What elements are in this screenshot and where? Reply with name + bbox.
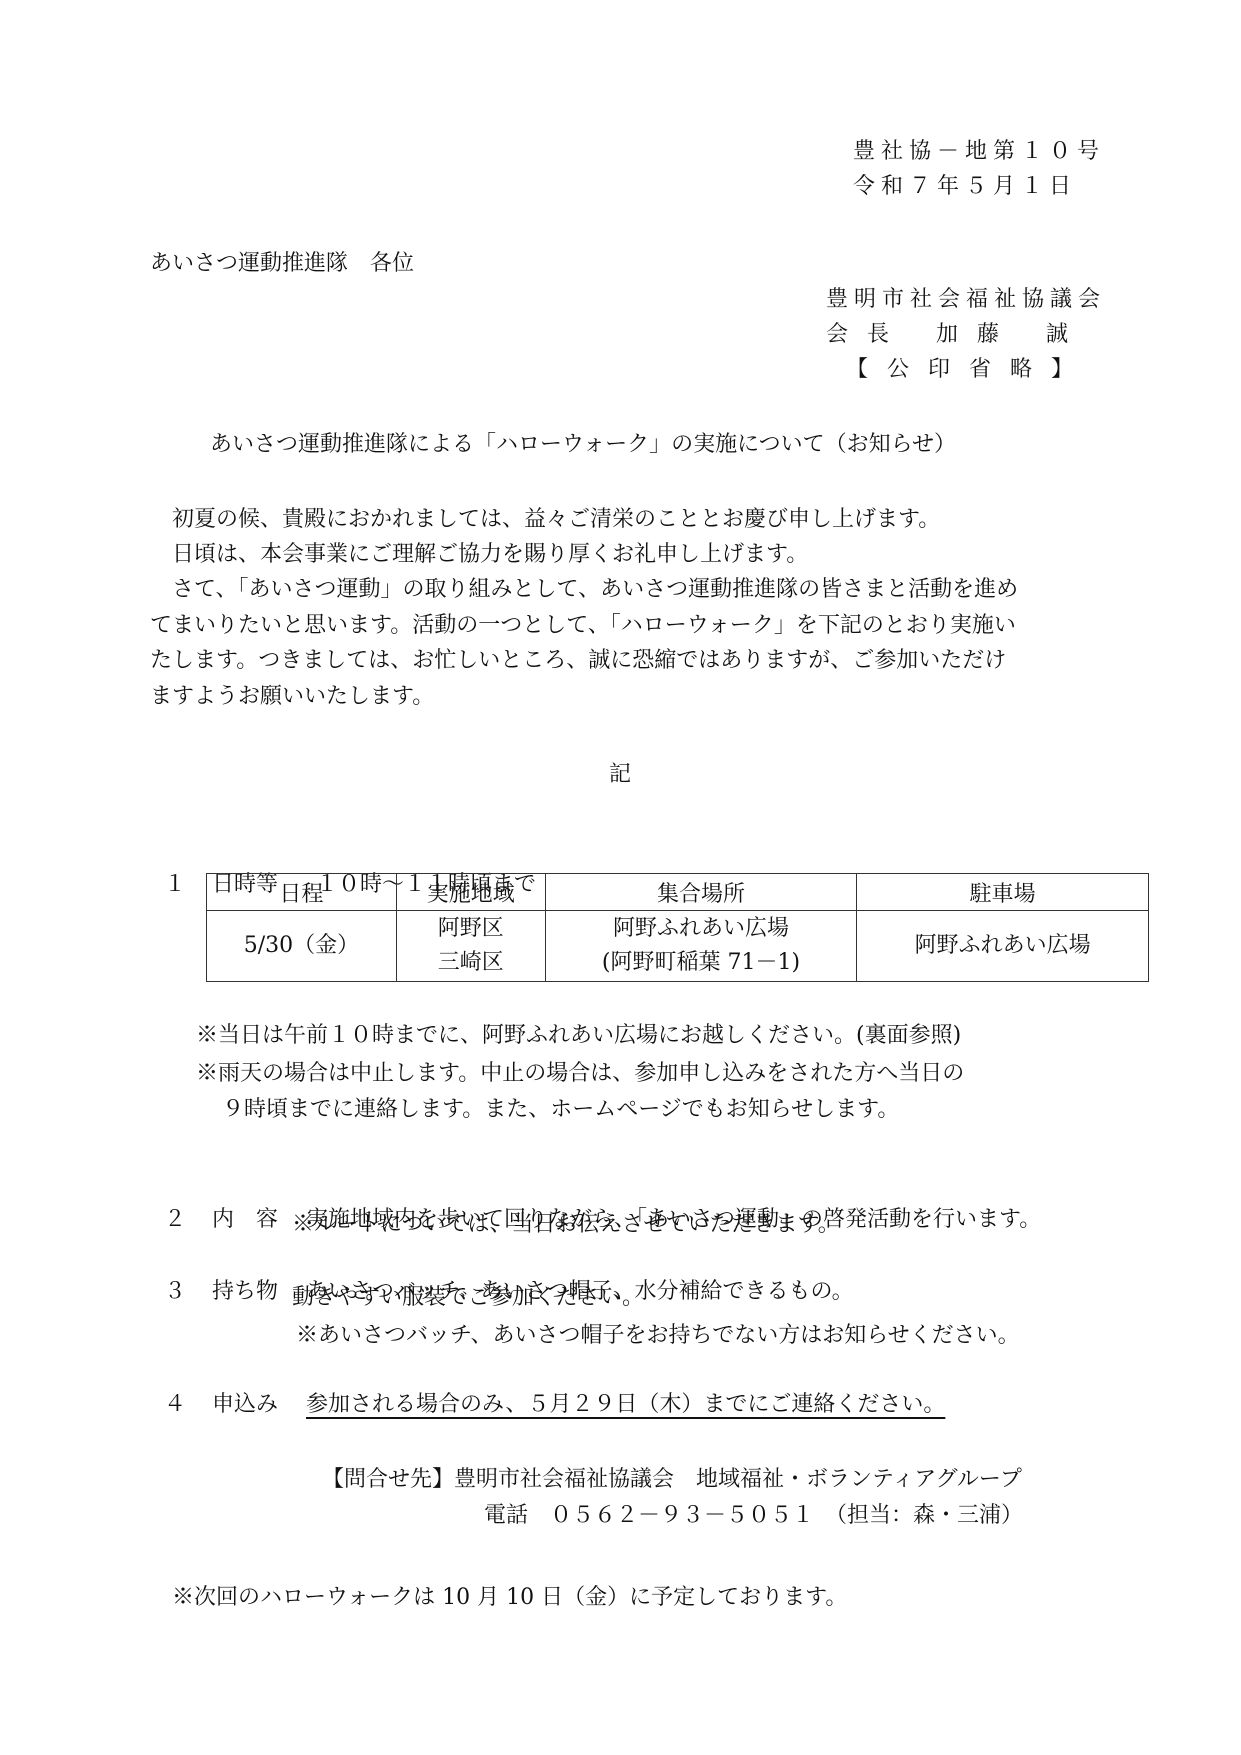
body-line: 初夏の候、貴殿におかれましては、益々ご清栄のこととお慶び申し上げます。 (172, 505, 940, 535)
body-line: 日頃は、本会事業にご理解ご協力を賜り厚くお礼申し上げます。 (172, 540, 808, 570)
cell-areas: 阿野区 三崎区 (396, 911, 545, 982)
next-walk-note: ※次回のハローウォークは 10 月 10 日（金）に予定しております。 (172, 1583, 847, 1613)
column-header-parking: 駐車場 (857, 874, 1149, 911)
section-4-number: ４ (164, 1390, 212, 1420)
meeting-place-address: (阿野町稲葉 71－1) (546, 946, 857, 980)
cell-meeting-place: 阿野ふれあい広場 (阿野町稲葉 71－1) (545, 911, 857, 982)
column-header-area: 実施地域 (396, 874, 545, 911)
section-4: ４申込み参加される場合のみ、５月２９日（木）までにご連絡ください。 (150, 1360, 945, 1420)
schedule-table: 日程 実施地域 集合場所 駐車場 5/30（金） 阿野区 三崎区 阿野ふれあい広… (206, 873, 1149, 982)
body-line: てまいりたいと思います。活動の一つとして、「ハローウォーク」を下記のとおり実施い (150, 611, 1016, 641)
body-line: たします。つきましては、お忙しいところ、誠に恐縮ではありますが、ご参加いただけ (150, 646, 1006, 676)
body-line: ますようお願いいたします。 (150, 682, 434, 712)
section-4-deadline-text: 参加される場合のみ、５月２９日（木）までにご連絡ください。 (306, 1392, 945, 1417)
cell-date: 5/30（金） (207, 911, 397, 982)
addressee: あいさつ運動推進隊 各位 (150, 249, 414, 279)
column-header-meeting-place: 集合場所 (545, 874, 857, 911)
issue-date: 令和７年５月１日 (853, 172, 1077, 202)
body-line: さて、「あいさつ運動」の取り組みとして、あいさつ運動推進隊の皆さまと活動を進め (172, 575, 1018, 605)
seal-omitted-note: 【 公 印 省 略 】 (846, 355, 1079, 385)
section-3-number: ３ (164, 1277, 212, 1307)
contact-line: 【問合せ先】豊明市社会福祉協議会 地域福祉・ボランティアグループ (322, 1465, 1022, 1495)
note-line: ※雨天の場合は中止します。中止の場合は、参加申し込みをされた方へ当日の (196, 1059, 964, 1089)
sender-title-name: 会 長 加 藤 誠 (826, 320, 1074, 350)
cell-parking: 阿野ふれあい広場 (857, 911, 1149, 982)
document-title: あいさつ運動推進隊による「ハローウォーク」の実施について（お知らせ） (210, 430, 956, 460)
sender-organization: 豊明市社会福祉協議会 (826, 285, 1106, 315)
area-name: 三崎区 (397, 946, 545, 980)
document-number: 豊社協－地第１０号 (853, 137, 1105, 167)
area-name: 阿野区 (397, 912, 545, 946)
section-4-label: 申込み (212, 1390, 306, 1420)
table-row: 5/30（金） 阿野区 三崎区 阿野ふれあい広場 (阿野町稲葉 71－1) 阿野… (207, 911, 1149, 982)
section-2-number: ２ (164, 1205, 212, 1235)
section-3-note: ※あいさつバッチ、あいさつ帽子をお持ちでない方はお知らせください。 (296, 1321, 1020, 1351)
table-header-row: 日程 実施地域 集合場所 駐車場 (207, 874, 1149, 911)
note-line: ９時頃までに連絡します。また、ホームページでもお知らせします。 (222, 1095, 899, 1125)
contact-phone: 電話 ０５６２－９３－５０５１ （担当：森・三浦） (484, 1501, 1023, 1531)
ki-marker: 記 (609, 760, 631, 790)
column-header-date: 日程 (207, 874, 397, 911)
note-line: ※当日は午前１０時までに、阿野ふれあい広場にお越しください。(裏面参照) (196, 1021, 961, 1051)
meeting-place-name: 阿野ふれあい広場 (546, 912, 857, 946)
section-2-note: ※ルートについては、当日お伝えさせていただきます。 (292, 1210, 840, 1240)
section-3-line: 動きやすい服装でご参加ください。 (292, 1283, 644, 1313)
section-1-number: １ (164, 870, 212, 900)
